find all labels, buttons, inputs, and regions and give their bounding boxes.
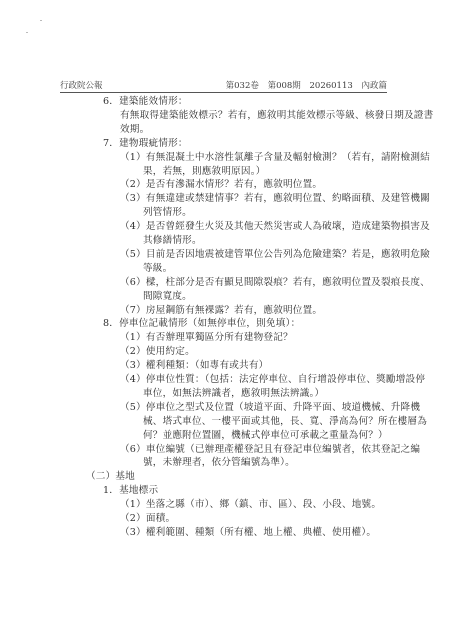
page-header: 行政院公報 第032卷 第008期 20260113 內政篇 (60, 78, 387, 93)
section-2-heading: （二）基地 (86, 471, 135, 483)
base-1-heading: 1．基地標示 (103, 485, 158, 497)
item-8-1: （1）有否辦理單獨區分所有建物登記？ (120, 332, 293, 344)
item-7-5: （5）目前是否因地震被建管單位公告列為危險建築？若是，應敘明危險 (120, 249, 430, 261)
publication-title: 行政院公報 (60, 79, 103, 91)
item-8-5-cont-2: 何？並應附位置圖，機械式停車位可承載之重量為何？） (143, 430, 388, 442)
item-7-4: （4）是否曾經發生火災及其他天然災害或人為破壞，造成建築物損害及 (120, 221, 430, 233)
item-8-6: （6）車位編號（已辦理產權登記且有登記車位編號者，依其登記之編 (120, 444, 420, 456)
scan-speck (40, 20, 42, 21)
base-1-3: （3）權利範圍、種類（所有權、地上權、典權、使用權）。 (120, 527, 376, 539)
issue-info: 第032卷 第008期 20260113 內政篇 (226, 79, 387, 91)
item-7-3: （3）有無違建或禁建情事？若有，應敘明位置、約略面積、及建管機關 (120, 193, 430, 205)
item-7-1-cont: 果，若無，則應敘明原因。） (143, 166, 266, 178)
item-8-3: （3）權利種類：（如專有或共有） (120, 360, 268, 372)
base-1-2: （2）面積。 (120, 513, 175, 525)
base-1-1: （1）坐落之縣（市）、鄉（鎮、市、區）、段、小段、地號。 (120, 499, 381, 511)
scan-speck (26, 32, 28, 33)
item-6-text-cont: 效期。 (120, 124, 149, 136)
document-page: 行政院公報 第032卷 第008期 20260113 內政篇 6．建築能效情形：… (0, 0, 453, 640)
volume-number: 第032卷 (226, 81, 259, 91)
issue-date: 20260113 (310, 81, 353, 91)
item-7-heading: 7．建物瑕疵情形： (103, 138, 188, 150)
item-7-6-cont: 間隙寬度。 (143, 291, 192, 303)
item-8-5: （5）停車位之型式及位置（坡道平面、升降平面、坡道機械、升降機 (120, 402, 420, 414)
section-name: 內政篇 (361, 81, 387, 91)
item-7-4-cont: 其修繕情形。 (143, 235, 202, 247)
item-8-6-cont: 號，未辦理者，依分管編號為準）。 (143, 457, 295, 469)
item-8-5-cont-1: 械、塔式車位、一樓平面或其他，長、寬、淨高為何？所在樓層為 (143, 416, 427, 428)
item-7-3-cont: 列管情形。 (143, 207, 192, 219)
item-7-6: （6）樑，柱部分是否有顯見間隙裂痕？若有，應敘明位置及裂痕長度、 (120, 277, 430, 289)
item-8-2: （2）使用約定。 (120, 346, 195, 358)
item-8-4-cont: 車位，如無法辨識者，應敘明無法辨識。） (143, 388, 324, 400)
item-8-4: （4）停車位性質：（包括：法定停車位、自行增設停車位、獎勵增設停 (120, 374, 425, 386)
item-7-5-cont: 等級。 (143, 263, 172, 275)
item-8-heading: 8．停車位記載情形（如無停車位，則免填）： (103, 318, 300, 330)
item-6-heading: 6．建築能效情形： (103, 96, 188, 108)
item-7-1: （1）有無混凝土中水溶性氯離子含量及輻射檢測？（若有，請附檢測結 (120, 152, 430, 164)
item-6-text: 有無取得建築能效標示？若有，應敘明其能效標示等級、核發日期及證書 (120, 110, 433, 122)
item-7-2: （2）是否有滲漏水情形？若有，應敘明位置。 (120, 179, 322, 191)
issue-number: 第008期 (268, 81, 301, 91)
item-7-7: （7）房屋鋼筋有無裸露？若有，應敘明位置。 (120, 305, 322, 317)
